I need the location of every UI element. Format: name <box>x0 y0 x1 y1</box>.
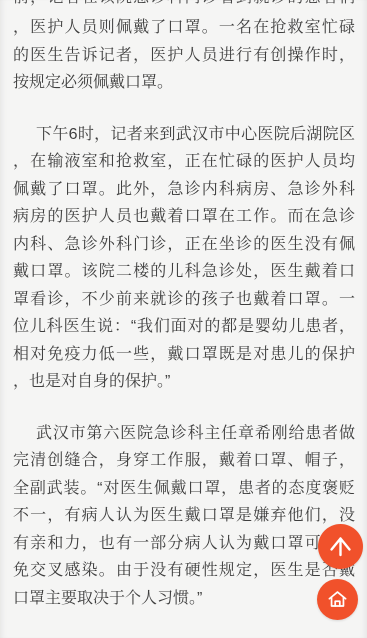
clipped-text-line: 前，记者在该院急诊科门诊看到就诊的患者们 <box>13 0 355 8</box>
clipped-text: 前，记者在该院急诊科门诊看到就诊的患者们 <box>13 0 355 8</box>
home-button[interactable] <box>317 579 358 620</box>
paragraph-3-last-line: 口罩主要取决于个人习惯。” <box>13 585 355 613</box>
paragraph-1-text: ，医护人员则佩戴了口罩。一名在抢救室忙碌 的医生告诉记者，医护人员进行有创操作时… <box>13 14 355 69</box>
paragraph-1: ，医护人员则佩戴了口罩。一名在抢救室忙碌 的医生告诉记者，医护人员进行有创操作时… <box>13 14 355 97</box>
back-to-top-button[interactable] <box>318 524 363 569</box>
home-icon <box>326 588 349 611</box>
arrow-up-icon <box>327 533 354 560</box>
paragraph-2: 下午6时，记者来到武汉市中心医院后湖院区 ，在输液室和抢救室，正在忙碌的医护人员… <box>13 121 355 396</box>
article-page: 前，记者在该院急诊科门诊看到就诊的患者们 ，医护人员则佩戴了口罩。一名在抢救室忙… <box>0 0 367 638</box>
article-body: 前，记者在该院急诊科门诊看到就诊的患者们 ，医护人员则佩戴了口罩。一名在抢救室忙… <box>0 0 367 612</box>
paragraph-1-last-line: 按规定必须佩戴口罩。 <box>13 69 355 97</box>
paragraph-3-text: 武汉市第六医院急诊科主任章希刚给患者做 完清创缝合，身穿工作服，戴着口罩、帽子，… <box>13 420 355 585</box>
paragraph-2-text: 下午6时，记者来到武汉市中心医院后湖院区 ，在输液室和抢救室，正在忙碌的医护人员… <box>13 121 355 369</box>
paragraph-2-last-line: ，也是对自身的保护。” <box>13 368 355 396</box>
paragraph-3: 武汉市第六医院急诊科主任章希刚给患者做 完清创缝合，身穿工作服，戴着口罩、帽子，… <box>13 420 355 613</box>
